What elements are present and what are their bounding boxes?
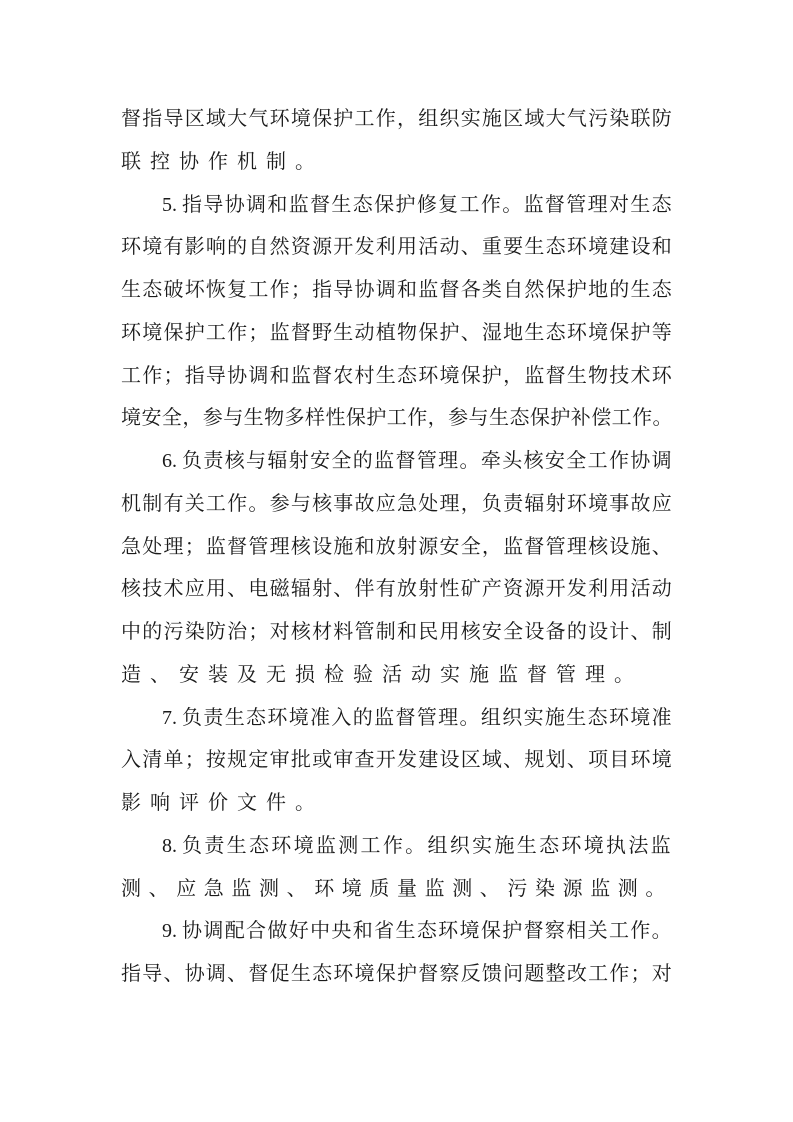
document-page: 督指导区域大气环境保护工作，组织实施区域大气污染联防 联控协作机制。 5.指导协… <box>121 97 681 995</box>
text-line-content: 工作；指导协调和监督农村生态环境保护，监督生物技术环 <box>121 354 673 397</box>
paragraph-item-7: 7.负责生态环境准入的监督管理。组织实施生态环境准 入清单；按规定审批或审查开发… <box>121 696 681 824</box>
text-line: 5.指导协调和监督生态保护修复工作。监督管理对生态 <box>121 183 681 226</box>
item-number: 9. <box>162 910 182 953</box>
item-number: 7. <box>162 697 182 740</box>
text-line-content: 生态破坏恢复工作；指导协调和监督各类自然保护地的生态 <box>121 268 673 311</box>
text-line: 环境有影响的自然资源开发利用活动、重要生态环境建设和 <box>121 225 681 268</box>
text-line: 机制有关工作。参与核事故应急处理，负责辐射环境事故应 <box>121 482 681 525</box>
text-line-content: 督指导区域大气环境保护工作，组织实施区域大气污染联防 <box>121 97 673 140</box>
text-line: 中的污染防治；对核材料管制和民用核安全设备的设计、制 <box>121 610 681 653</box>
text-line: 生态破坏恢复工作；指导协调和监督各类自然保护地的生态 <box>121 268 681 311</box>
text-line-content: 影响评价文件。 <box>121 781 324 824</box>
text-line-content: 环境保护工作；监督野生动植物保护、湿地生态环境保护等 <box>121 311 673 354</box>
text-line-content: 联控协作机制。 <box>121 140 324 183</box>
text-line: 联控协作机制。 <box>121 140 681 183</box>
text-line: 测、应急监测、环境质量监测、污染源监测。 <box>121 867 681 910</box>
text-line: 9.协调配合做好中央和省生态环境保护督察相关工作。 <box>121 909 681 952</box>
text-line: 境安全，参与生物多样性保护工作，参与生态保护补偿工作。 <box>121 396 681 439</box>
paragraph-item-8: 8.负责生态环境监测工作。组织实施生态环境执法监 测、应急监测、环境质量监测、污… <box>121 824 681 910</box>
text-line-content: 中的污染防治；对核材料管制和民用核安全设备的设计、制 <box>121 610 673 653</box>
text-line: 指导、协调、督促生态环境保护督察反馈问题整改工作；对 <box>121 952 681 995</box>
text-line: 7.负责生态环境准入的监督管理。组织实施生态环境准 <box>121 696 681 739</box>
text-line-content: 境安全，参与生物多样性保护工作，参与生态保护补偿工作。 <box>121 396 673 439</box>
text-line-content: 指导协调和监督生态保护修复工作。监督管理对生态 <box>182 183 673 226</box>
paragraph-item-5: 5.指导协调和监督生态保护修复工作。监督管理对生态 环境有影响的自然资源开发利用… <box>121 183 681 440</box>
text-line-content: 核技术应用、电磁辐射、伴有放射性矿产资源开发利用活动 <box>121 567 673 610</box>
text-line-content: 协调配合做好中央和省生态环境保护督察相关工作。 <box>182 909 673 952</box>
text-line: 环境保护工作；监督野生动植物保护、湿地生态环境保护等 <box>121 311 681 354</box>
paragraph-continuation: 督指导区域大气环境保护工作，组织实施区域大气污染联防 联控协作机制。 <box>121 97 681 183</box>
text-line: 工作；指导协调和监督农村生态环境保护，监督生物技术环 <box>121 354 681 397</box>
text-line-content: 急处理；监督管理核设施和放射源安全，监督管理核设施、 <box>121 525 673 568</box>
text-line: 核技术应用、电磁辐射、伴有放射性矿产资源开发利用活动 <box>121 567 681 610</box>
text-line-content: 机制有关工作。参与核事故应急处理，负责辐射环境事故应 <box>121 482 673 525</box>
item-number: 8. <box>162 825 182 868</box>
text-line: 入清单；按规定审批或审查开发建设区域、规划、项目环境 <box>121 738 681 781</box>
text-line: 6.负责核与辐射安全的监督管理。牵头核安全工作协调 <box>121 439 681 482</box>
paragraph-item-9: 9.协调配合做好中央和省生态环境保护督察相关工作。 指导、协调、督促生态环境保护… <box>121 909 681 995</box>
text-line-content: 造、安装及无损检验活动实施监督管理。 <box>121 653 643 696</box>
text-line: 造、安装及无损检验活动实施监督管理。 <box>121 653 681 696</box>
text-line-content: 测、应急监测、环境质量监测、污染源监测。 <box>121 867 673 910</box>
text-line: 督指导区域大气环境保护工作，组织实施区域大气污染联防 <box>121 97 681 140</box>
text-line: 影响评价文件。 <box>121 781 681 824</box>
text-line-content: 负责生态环境准入的监督管理。组织实施生态环境准 <box>182 696 673 739</box>
text-line-content: 环境有影响的自然资源开发利用活动、重要生态环境建设和 <box>121 225 673 268</box>
text-line-content: 指导、协调、督促生态环境保护督察反馈问题整改工作；对 <box>121 952 673 995</box>
text-line: 急处理；监督管理核设施和放射源安全，监督管理核设施、 <box>121 525 681 568</box>
text-line: 8.负责生态环境监测工作。组织实施生态环境执法监 <box>121 824 681 867</box>
paragraph-item-6: 6.负责核与辐射安全的监督管理。牵头核安全工作协调 机制有关工作。参与核事故应急… <box>121 439 681 696</box>
text-line-content: 负责核与辐射安全的监督管理。牵头核安全工作协调 <box>182 439 673 482</box>
item-number: 6. <box>162 440 182 483</box>
text-line-content: 负责生态环境监测工作。组织实施生态环境执法监 <box>182 824 673 867</box>
item-number: 5. <box>162 184 182 227</box>
text-line-content: 入清单；按规定审批或审查开发建设区域、规划、项目环境 <box>121 738 673 781</box>
